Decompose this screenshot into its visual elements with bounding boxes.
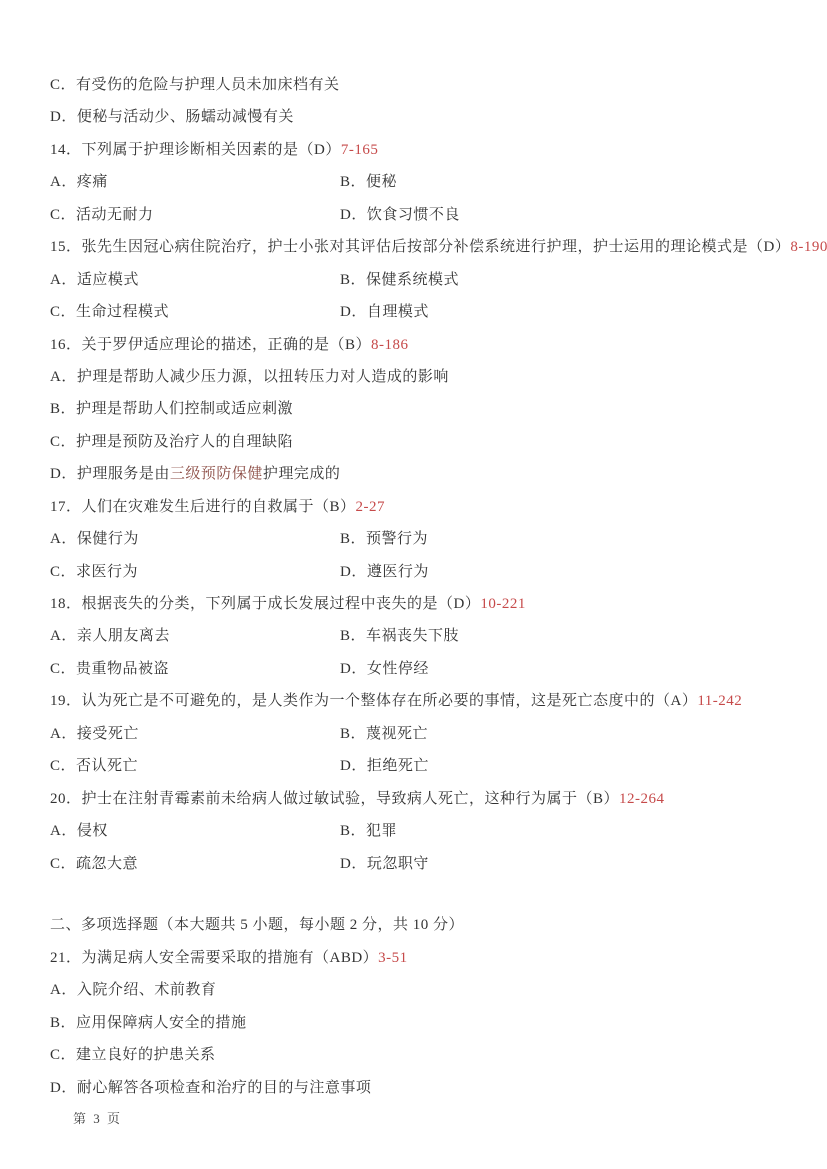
question-line: 21．为满足病人安全需要采取的措施有（ABD）3-51 xyxy=(50,942,827,974)
option-right: D．拒绝死亡 xyxy=(340,758,429,774)
section-gap xyxy=(50,880,827,910)
question-line: 14．下列属于护理诊断相关因素的是（D）7-165 xyxy=(50,134,827,166)
option-left: C．否认死亡 xyxy=(50,750,340,782)
option-left: A．适应模式 xyxy=(50,264,340,296)
text-segment: D．耐心解答各项检查和治疗的目的与注意事项 xyxy=(50,1080,371,1096)
option-line: C．活动无耐力D．饮食习惯不良 xyxy=(50,199,827,231)
text-segment: 15．张先生因冠心病住院治疗，护士小张对其评估后按部分补偿系统进行护理，护士运用… xyxy=(50,239,790,255)
option-right: B．车祸丧失下肢 xyxy=(340,628,459,644)
question-line: 20．护士在注射青霉素前未给病人做过敏试验，导致病人死亡，这种行为属于（B）12… xyxy=(50,783,827,815)
answer-reference: 8-190 xyxy=(790,239,827,255)
text-segment: 17．人们在灾难发生后进行的自救属于（B） xyxy=(50,499,356,515)
option-line: A．入院介绍、术前教育 xyxy=(50,974,827,1006)
option-left: C．求医行为 xyxy=(50,556,340,588)
section-header: 二、多项选择题（本大题共 5 小题，每小题 2 分，共 10 分） xyxy=(50,909,827,941)
text-segment: A．入院介绍、术前教育 xyxy=(50,982,216,998)
option-line: C．疏忽大意D．玩忽职守 xyxy=(50,848,827,880)
answer-reference: 8-186 xyxy=(371,337,409,353)
answer-reference: 12-264 xyxy=(619,791,665,807)
option-line: C．有受伤的危险与护理人员未加床档有关 xyxy=(50,69,827,101)
option-line: C．建立良好的护患关系 xyxy=(50,1039,827,1071)
option-line: C．否认死亡D．拒绝死亡 xyxy=(50,750,827,782)
question-line: 19．认为死亡是不可避免的，是人类作为一个整体存在所必要的事情，这是死亡态度中的… xyxy=(50,685,827,717)
question-line: 15．张先生因冠心病住院治疗，护士小张对其评估后按部分补偿系统进行护理，护士运用… xyxy=(50,231,827,263)
exam-question-list: C．有受伤的危险与护理人员未加床档有关D．便秘与活动少、肠蠕动减慢有关14．下列… xyxy=(50,69,827,1104)
option-right: D．自理模式 xyxy=(340,304,429,320)
answer-reference: 2-27 xyxy=(356,499,386,515)
option-line: B．应用保障病人安全的措施 xyxy=(50,1007,827,1039)
text-segment: 护理完成的 xyxy=(263,466,341,482)
option-line: A．适应模式B．保健系统模式 xyxy=(50,264,827,296)
option-line: C．生命过程模式D．自理模式 xyxy=(50,296,827,328)
text-segment: C．有受伤的危险与护理人员未加床档有关 xyxy=(50,77,340,93)
option-line: A．护理是帮助人减少压力源，以扭转压力对人造成的影响 xyxy=(50,361,827,393)
option-left: A．疼痛 xyxy=(50,166,340,198)
question-line: 17．人们在灾难发生后进行的自救属于（B）2-27 xyxy=(50,491,827,523)
option-left: A．亲人朋友离去 xyxy=(50,620,340,652)
option-line: A．疼痛B．便秘 xyxy=(50,166,827,198)
option-line: C．护理是预防及治疗人的自理缺陷 xyxy=(50,426,827,458)
option-left: C．活动无耐力 xyxy=(50,199,340,231)
option-left: C．疏忽大意 xyxy=(50,848,340,880)
text-segment: D．护理服务是由 xyxy=(50,466,170,482)
option-line: A．侵权B．犯罪 xyxy=(50,815,827,847)
option-line: D．便秘与活动少、肠蠕动减慢有关 xyxy=(50,101,827,133)
option-right: D．饮食习惯不良 xyxy=(340,207,460,223)
option-left: A．保健行为 xyxy=(50,523,340,555)
option-right: B．预警行为 xyxy=(340,531,428,547)
question-line: 16．关于罗伊适应理论的描述，正确的是（B）8-186 xyxy=(50,329,827,361)
text-segment: 19．认为死亡是不可避免的，是人类作为一个整体存在所必要的事情，这是死亡态度中的… xyxy=(50,693,697,709)
option-line: A．亲人朋友离去B．车祸丧失下肢 xyxy=(50,620,827,652)
text-segment: B．应用保障病人安全的措施 xyxy=(50,1015,247,1031)
text-segment: 14．下列属于护理诊断相关因素的是（D） xyxy=(50,142,341,158)
option-left: C．生命过程模式 xyxy=(50,296,340,328)
text-segment: 20．护士在注射青霉素前未给病人做过敏试验，导致病人死亡，这种行为属于（B） xyxy=(50,791,619,807)
option-line: A．保健行为B．预警行为 xyxy=(50,523,827,555)
answer-reference: 3-51 xyxy=(378,950,408,966)
option-right: B．蔑视死亡 xyxy=(340,726,428,742)
option-right: B．犯罪 xyxy=(340,823,397,839)
option-left: A．侵权 xyxy=(50,815,340,847)
option-right: B．保健系统模式 xyxy=(340,272,459,288)
exam-document-page: C．有受伤的危险与护理人员未加床档有关D．便秘与活动少、肠蠕动减慢有关14．下列… xyxy=(0,0,827,1169)
option-right: D．遵医行为 xyxy=(340,564,429,580)
option-left: C．贵重物品被盗 xyxy=(50,653,340,685)
option-line: D．耐心解答各项检查和治疗的目的与注意事项 xyxy=(50,1072,827,1104)
highlighted-phrase: 三级预防保健 xyxy=(170,466,263,482)
text-segment: D．便秘与活动少、肠蠕动减慢有关 xyxy=(50,109,294,125)
text-segment: C．护理是预防及治疗人的自理缺陷 xyxy=(50,434,293,450)
text-segment: 21．为满足病人安全需要采取的措施有（ABD） xyxy=(50,950,378,966)
text-segment: B．护理是帮助人们控制或适应刺激 xyxy=(50,401,293,417)
text-segment: A．护理是帮助人减少压力源，以扭转压力对人造成的影响 xyxy=(50,369,449,385)
option-line: C．求医行为D．遵医行为 xyxy=(50,556,827,588)
text-segment: 18．根据丧失的分类，下列属于成长发展过程中丧失的是（D） xyxy=(50,596,480,612)
text-segment: C．建立良好的护患关系 xyxy=(50,1047,216,1063)
answer-reference: 10-221 xyxy=(480,596,526,612)
page-footer: 第 3 页 xyxy=(73,1108,122,1127)
option-line: C．贵重物品被盗D．女性停经 xyxy=(50,653,827,685)
option-line: B．护理是帮助人们控制或适应刺激 xyxy=(50,393,827,425)
answer-reference: 7-165 xyxy=(341,142,379,158)
text-segment: 二、多项选择题（本大题共 5 小题，每小题 2 分，共 10 分） xyxy=(50,917,464,933)
answer-reference: 11-242 xyxy=(697,693,742,709)
option-right: B．便秘 xyxy=(340,174,397,190)
option-left: A．接受死亡 xyxy=(50,718,340,750)
option-line: D．护理服务是由三级预防保健护理完成的 xyxy=(50,458,827,490)
text-segment: 16．关于罗伊适应理论的描述，正确的是（B） xyxy=(50,337,371,353)
option-line: A．接受死亡B．蔑视死亡 xyxy=(50,718,827,750)
option-right: D．女性停经 xyxy=(340,661,429,677)
option-right: D．玩忽职守 xyxy=(340,856,429,872)
question-line: 18．根据丧失的分类，下列属于成长发展过程中丧失的是（D）10-221 xyxy=(50,588,827,620)
